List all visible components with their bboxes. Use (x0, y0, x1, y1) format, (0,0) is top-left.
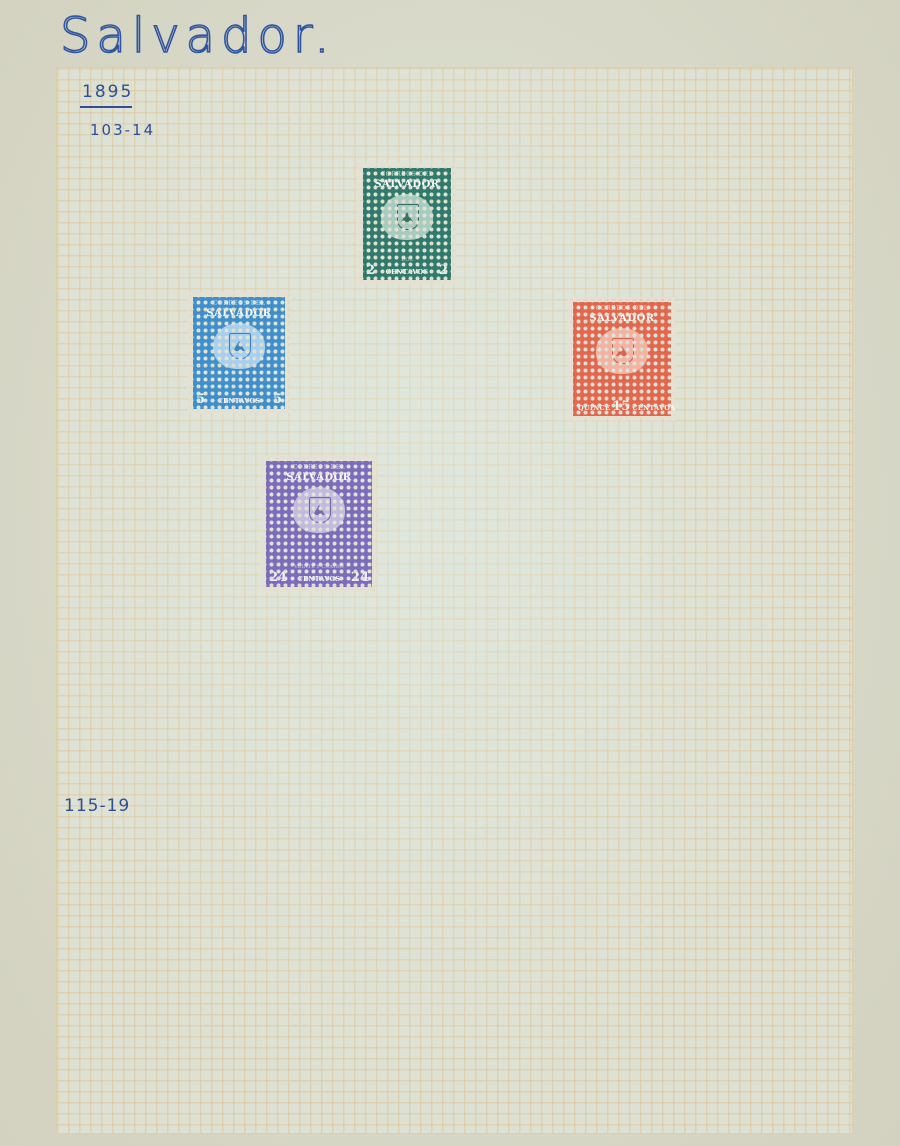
year-underline (80, 106, 132, 108)
stamp-top-text: CORREOS DEL (596, 305, 649, 312)
stamp-currency: CENTAVOS (384, 267, 431, 277)
catalog-range-top: 103-14 (90, 121, 155, 139)
stamp-country: SALVADOR (586, 313, 657, 324)
stamp-value-row: 5 CENTAVOS 5 (196, 393, 282, 406)
stamp-denomination-word: QUINCE (576, 403, 612, 413)
stamp-design: CORREOS DEL SALVADOR DOS 2 CENTAVOS 2 (363, 168, 451, 280)
stamp-value-row: 2 CENTAVOS 2 (366, 264, 448, 277)
stamp-country: SALVADOR (283, 472, 354, 483)
coat-of-arms-icon (381, 194, 433, 240)
stamp-value-row: QUINCE 15 CENTAVOS (576, 400, 668, 413)
stamp-country: SALVADOR (203, 308, 274, 319)
stamp-top-text: CORREOS DEL (213, 300, 266, 307)
stamp-value-left: 24 (269, 571, 287, 584)
stamp-green-2-centavos: CORREOS DEL SALVADOR DOS 2 CENTAVOS 2 (358, 163, 456, 285)
stamp-design: CORREOS DEL SALVADOR 5 CENTAVOS 5 (193, 297, 285, 409)
coat-of-arms-icon (213, 323, 265, 369)
stamp-top-text: CORREOS DEL (381, 171, 434, 178)
stamp-value-left: 2 (366, 264, 375, 277)
country-heading: Salvador. (60, 8, 335, 64)
stamp-blue-5-centavos: CORREOS DEL SALVADOR 5 CENTAVOS 5 (188, 292, 290, 414)
coat-of-arms-icon (293, 487, 345, 533)
stamp-top-text: CORREOS DEL (293, 464, 346, 471)
stamp-design: CORREOS DEL SALVADOR VEINTE Y CUATRO 24 … (266, 461, 372, 587)
stamp-value: 15 (612, 400, 630, 413)
stamp-value-right: 2 (439, 264, 448, 277)
stamp-value-right: 24 (351, 571, 369, 584)
stamp-value-left: 5 (196, 393, 205, 406)
stamp-red-15-centavos: CORREOS DEL SALVADOR QUINCE 15 CENTAVOS (568, 297, 676, 421)
stamp-design: CORREOS DEL SALVADOR QUINCE 15 CENTAVOS (573, 302, 671, 416)
stamp-denomination-word: VEINTE Y CUATRO (294, 564, 344, 570)
stamp-country: SALVADOR (371, 179, 442, 190)
stamp-violet-24-centavos: CORREOS DEL SALVADOR VEINTE Y CUATRO 24 … (261, 456, 377, 592)
coat-of-arms-icon (596, 328, 648, 374)
catalog-range-bottom: 115-19 (64, 796, 130, 816)
stamp-currency: CENTAVOS (630, 403, 677, 413)
stamp-value-row: 24 CENTAVOS 24 (269, 571, 369, 584)
stamp-value-right: 5 (273, 393, 282, 406)
stamp-denomination-word: DOS (401, 257, 413, 263)
stamp-currency: CENTAVOS (296, 574, 343, 584)
year-label: 1895 (82, 82, 133, 102)
stamp-currency: CENTAVOS (216, 396, 263, 406)
